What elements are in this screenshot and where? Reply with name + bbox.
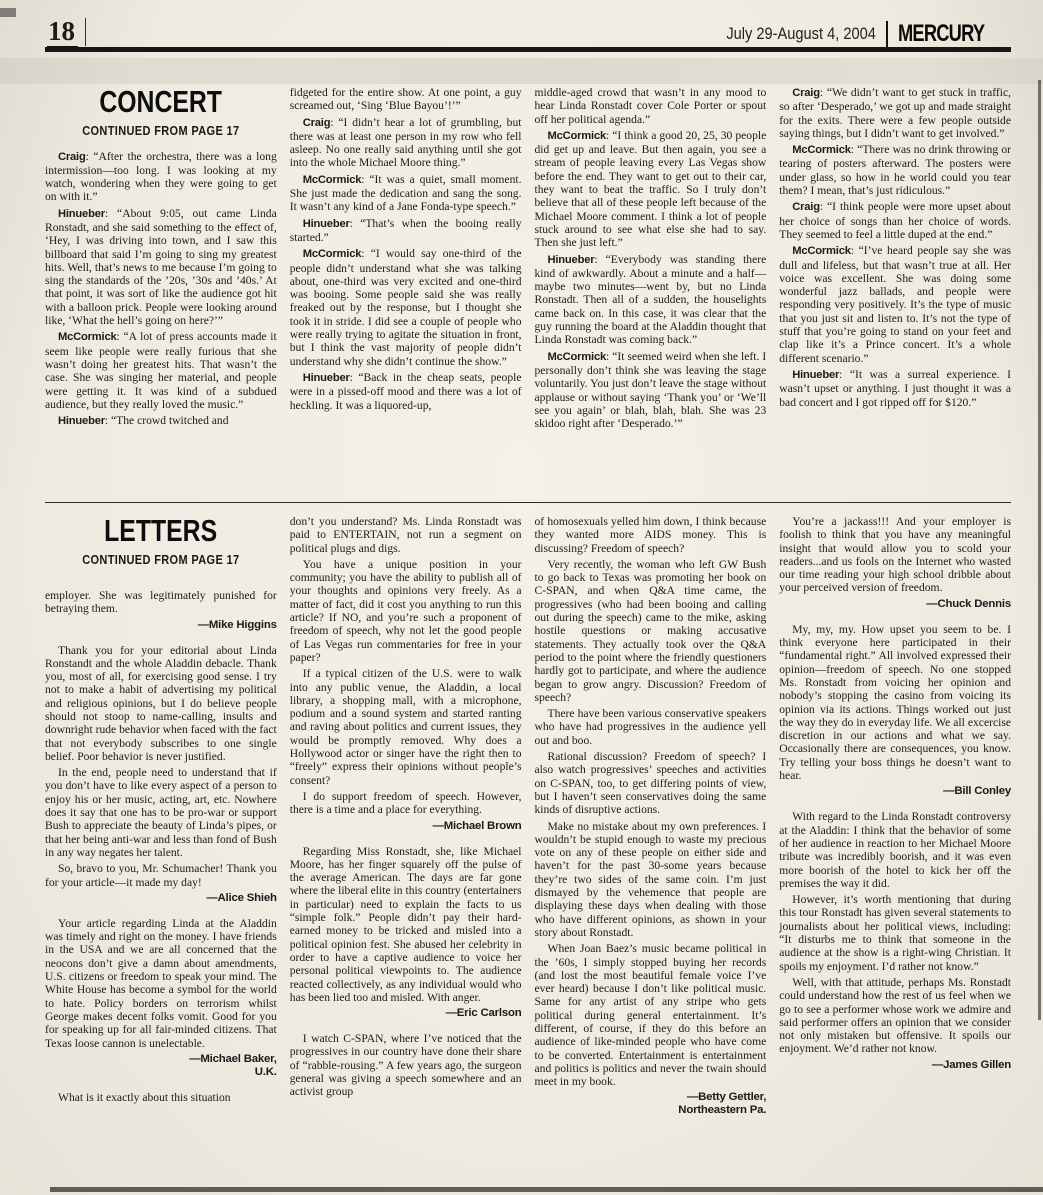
section-divider [45, 502, 1011, 503]
paragraph: Hinueber: “About 9:05, out came Linda Ro… [45, 207, 277, 328]
newspaper-page: 18 July 29-August 4, 2004 MERCURY CONCER… [0, 0, 1043, 1195]
paragraph: Hinueber: “Back in the cheap seats, peop… [290, 371, 522, 412]
paragraph: McCormick: “I would say one-third of the… [290, 247, 522, 368]
page-header: 18 July 29-August 4, 2004 MERCURY [45, 0, 1011, 54]
letter-signature: —James Gillen [779, 1059, 1011, 1072]
letters-column-4: You’re a jackass!!! And your employer is… [779, 515, 1011, 1119]
letter-signature: —Bill Conley [779, 785, 1011, 798]
letters-title: LETTERS [104, 515, 217, 548]
letters-column-3: of homosexuals yelled him down, I think … [535, 515, 767, 1119]
speaker-name: McCormick [792, 245, 851, 257]
paragraph: Craig: “After the orchestra, there was a… [45, 150, 277, 204]
paragraph: Very recently, the woman who left GW Bus… [535, 558, 767, 704]
paragraph: don’t you understand? Ms. Linda Ronstadt… [290, 515, 522, 555]
concert-title: CONCERT [100, 86, 223, 119]
paragraph: Thank you for your editorial about Linda… [45, 644, 277, 764]
concert-section: CONCERT CONTINUED FROM PAGE 17 Craig: “A… [45, 86, 1011, 490]
letters-continued-label: CONTINUED FROM PAGE 17 [59, 553, 263, 567]
paragraph: McCormick: “There was no drink throwing … [779, 143, 1011, 197]
issue-date: July 29-August 4, 2004 [726, 24, 876, 44]
speaker-name: McCormick [548, 130, 607, 142]
paragraph: My, my, my. How upset you seem to be. I … [779, 623, 1011, 783]
paragraph: With regard to the Linda Ronstadt contro… [779, 810, 1011, 890]
masthead-divider [886, 21, 888, 47]
letter-signature: —Eric Carlson [290, 1007, 522, 1020]
speaker-name: Hinueber [548, 254, 595, 266]
paragraph: Craig: “I didn’t hear a lot of grumbling… [290, 116, 522, 170]
speaker-name: Hinueber [58, 208, 105, 220]
paragraph: Hinueber: “It was a surreal experience. … [779, 368, 1011, 409]
letter-signature: —Michael Brown [290, 820, 522, 833]
paragraph: Your article regarding Linda at the Alad… [45, 917, 277, 1050]
speaker-name: Hinueber [303, 372, 350, 384]
paragraph: Hinueber: “The crowd twitched and [45, 414, 277, 428]
paragraph: When Joan Baez’s music became political … [535, 942, 767, 1088]
speaker-name: Craig [303, 117, 331, 129]
paragraph: Well, with that attitude, perhaps Ms. Ro… [779, 976, 1011, 1056]
speaker-name: McCormick [303, 174, 362, 186]
concert-column-2: fidgeted for the entire show. At one poi… [290, 86, 522, 433]
paragraph: employer. She was legitimately punished … [45, 589, 277, 616]
paragraph: McCormick: “It seemed weird when she lef… [535, 350, 767, 431]
letter-signature: —Michael Baker,U.K. [45, 1053, 277, 1079]
paragraph: Hinueber: “Everybody was standing there … [535, 253, 767, 347]
paragraph: I watch C-SPAN, where I’ve noticed that … [290, 1032, 522, 1098]
paragraph: If a typical citizen of the U.S. were to… [290, 667, 522, 787]
speaker-name: Craig [58, 151, 86, 163]
letters-heading: LETTERS CONTINUED FROM PAGE 17 [45, 515, 277, 589]
paragraph: You’re a jackass!!! And your employer is… [779, 515, 1011, 595]
scan-corner-mark [0, 8, 16, 17]
letter-signature: —Mike Higgins [45, 619, 277, 632]
letters-section: LETTERS CONTINUED FROM PAGE 17 employer.… [45, 515, 1011, 1193]
letters-column-2: don’t you understand? Ms. Linda Ronstadt… [290, 515, 522, 1119]
concert-heading: CONCERT CONTINUED FROM PAGE 17 [45, 86, 277, 150]
letter-signature: —Chuck Dennis [779, 598, 1011, 611]
paragraph: McCormick: “A lot of press accounts made… [45, 330, 277, 411]
speaker-name: Craig [792, 87, 820, 99]
paragraph: Craig: “We didn’t want to get stuck in t… [779, 86, 1011, 140]
paragraph: So, bravo to you, Mr. Schumacher! Thank … [45, 862, 277, 889]
paragraph: of homosexuals yelled him down, I think … [535, 515, 767, 555]
paragraph: What is it exactly about this situation [45, 1091, 277, 1104]
paragraph: middle-aged crowd that wasn’t in any moo… [535, 86, 767, 126]
speaker-name: Hinueber [792, 369, 839, 381]
concert-continued-label: CONTINUED FROM PAGE 17 [59, 124, 263, 138]
speaker-name: Craig [792, 201, 820, 213]
paragraph: Regarding Miss Ronstadt, she, like Micha… [290, 845, 522, 1005]
paragraph: McCormick: “I think a good 20, 25, 30 pe… [535, 129, 767, 250]
paragraph: I do support freedom of speech. However,… [290, 790, 522, 817]
speaker-name: Hinueber [303, 218, 350, 230]
page-number-divider [85, 18, 86, 46]
letter-signature: —Betty Gettler,Northeastern Pa. [535, 1091, 767, 1117]
paragraph: Hinueber: “That’s when the booing really… [290, 217, 522, 245]
paragraph: Rational discussion? Freedom of speech? … [535, 750, 767, 816]
paragraph: Craig: “I think people were more upset a… [779, 200, 1011, 241]
paragraph: There have been various conservative spe… [535, 707, 767, 747]
speaker-name: McCormick [792, 144, 851, 156]
speaker-name: McCormick [303, 248, 362, 260]
scan-edge-right [1038, 80, 1041, 1020]
paragraph: McCormick: “It was a quiet, small moment… [290, 173, 522, 214]
speaker-name: McCormick [548, 351, 607, 363]
header-rule [45, 47, 1011, 52]
paragraph: However, it’s worth mentioning that duri… [779, 893, 1011, 973]
page-number: 18 [47, 18, 78, 48]
paragraph: In the end, people need to understand th… [45, 766, 277, 859]
letter-signature: —Alice Shieh [45, 892, 277, 905]
concert-column-1: Craig: “After the orchestra, there was a… [45, 150, 277, 434]
speaker-name: Hinueber [58, 415, 105, 427]
scan-edge-bottom [50, 1187, 1043, 1192]
paragraph: McCormick: “I’ve heard people say she wa… [779, 244, 1011, 365]
speaker-name: McCormick [58, 331, 117, 343]
masthead-logo: MERCURY [898, 20, 984, 48]
paragraph: fidgeted for the entire show. At one poi… [290, 86, 522, 113]
concert-column-4: Craig: “We didn’t want to get stuck in t… [779, 86, 1011, 433]
letters-column-1: employer. She was legitimately punished … [45, 589, 277, 1120]
concert-column-3: middle-aged crowd that wasn’t in any moo… [535, 86, 767, 433]
paragraph: Make no mistake about my own preferences… [535, 820, 767, 940]
paragraph: You have a unique position in your commu… [290, 558, 522, 664]
